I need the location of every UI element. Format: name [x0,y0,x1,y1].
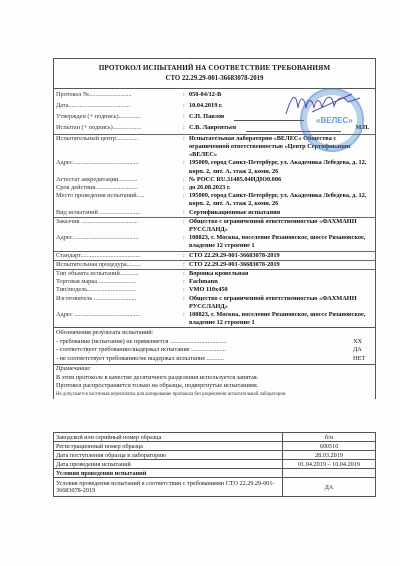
standard-row-wrap: Стандарт................................… [54,251,375,260]
result-legend: Обозначения результата испытаний: - треб… [53,327,376,364]
legend-title: Обозначения результата испытаний: [56,329,373,337]
test-type: Сертификационные испытания [189,209,375,217]
customer-address-row: Адрес...................................… [54,234,375,250]
manufacturer: Общество с ограниченной ответственностью… [189,295,375,311]
field-label: Испытан (+ подпись).................. [54,124,183,132]
document-header: ПРОТОКОЛ ИСПЫТАНИЙ НА СООТВЕТСТВИЕ ТРЕБО… [53,58,376,88]
table-row: Дата проведения испытаний01.04.2019 – 10… [54,460,376,469]
field-label: Аттестат аккредитации............ [54,176,183,184]
model-row: Тип/модель..............................… [54,286,375,294]
legend-item: - требование (испытание) не применяется … [56,338,373,346]
field-label: Торговая марка ........................ [54,278,183,286]
validity-date: до 26.08.2023 г. [189,184,375,192]
manufacturer-address-row: Адрес ..................................… [54,311,375,327]
object-type-row: Тип объекта испытаний............:Воронк… [54,270,375,278]
procedure-row: Испытательная процедура.........:СТО 22.… [54,261,375,269]
document-subtitle: СТО 22.29.29-001-36683078-2019 [54,75,375,82]
lab-address: 195009, город Санкт-Петербург, ул. Акаде… [189,159,375,175]
field-label: Адрес...................................… [54,234,183,250]
test-type-row: Вид испытаний ..........................… [54,209,375,217]
field-label: Тип объекта испытаний............ [54,270,183,278]
customer-row: Заказчик ...............................… [54,218,375,234]
table-row: Заводской или серийный номер образцаб/н [54,433,376,442]
test-location-row: Место проведения испытаний.....:195009, … [54,192,375,208]
signature-icon [282,88,372,120]
copy-restriction-note: Не допускается частичная перепечатка или… [56,391,373,400]
field-label: Протокол №........................... [54,91,183,99]
field-label: Испытательная процедура......... [54,261,183,269]
manufacturer-row: Изготовитель ...........................… [54,295,375,311]
trademark-row: Торговая марка ........................:… [54,278,375,286]
field-label: Заказчик ...............................… [54,218,183,234]
legend-item: - не соответствует требованию/не выдержа… [56,355,373,363]
field-label: Срок действия........................... [54,184,183,192]
lab-address-row: Адрес...................................… [54,159,375,175]
field-label: Адрес ..................................… [54,311,183,327]
field-label: Вид испытаний .......................... [54,209,183,217]
table-row: Условия проведения испытаний [54,469,376,478]
object-type: Воронка кровельная [189,270,375,278]
notes-title: Примечания: [56,365,373,374]
procedure-row-wrap: Испытательная процедура.........:СТО 22.… [54,260,375,269]
test-location: 195009, город Санкт-Петербург, ул. Акаде… [189,192,375,208]
table-row: Условия проведения испытаний в соответст… [54,478,376,497]
legend-item: - соответствует требованию/выдержал испы… [56,346,373,354]
trademark: Fachmann [189,278,375,286]
field-label: Испытательный центр.............. [54,135,183,160]
standard-value: СТО 22.29.29-001-36683078-2019 [189,252,375,260]
accreditation-row: Аттестат аккредитации............:№ РОСС… [54,176,375,184]
field-label: Тип/модель..............................… [54,286,183,294]
validity-row: Срок действия...........................… [54,184,375,192]
customer-section: Заказчик ...............................… [54,217,375,251]
field-label: Стандарт................................… [54,252,183,260]
object-section: Тип объекта испытаний............:Воронк… [54,269,375,327]
procedure-value: СТО 22.29.29-001-36683078-2019 [189,261,375,269]
field-label: Место проведения испытаний..... [54,192,183,208]
note-line: В этом протоколе в качестве десятичного … [56,374,373,383]
table-row: Дата поступления образца в лабораторию28… [54,451,376,460]
field-label: Изготовитель ........................... [54,295,183,311]
notes-section: Примечания: В этом протоколе в качестве … [53,364,376,399]
manufacturer-address: 108823, г. Москва, поселение Рязановское… [189,311,375,327]
document-title: ПРОТОКОЛ ИСПЫТАНИЙ НА СООТВЕТСТВИЕ ТРЕБО… [54,64,375,72]
field-label: Адрес...................................… [54,159,183,175]
table-row: Регистрационный номер образца600510 [54,442,376,451]
standard-row: Стандарт................................… [54,252,375,260]
customer-name: Общество с ограниченной ответственностью… [189,218,375,234]
sample-info-table: Заводской или серийный номер образцаб/н … [53,432,376,497]
note-line: Протокол распространяется только на обра… [56,382,373,391]
field-label: Утвержден (+ подпись).............. [54,113,183,121]
customer-address: 108823, г. Москва, поселение Рязановское… [189,234,375,250]
accreditation-number: № РОСС RU.31485.04ИДЮ0.006 [189,176,375,184]
model: VMO 110x450 [189,286,375,294]
field-label: Дата....................................… [54,102,183,110]
